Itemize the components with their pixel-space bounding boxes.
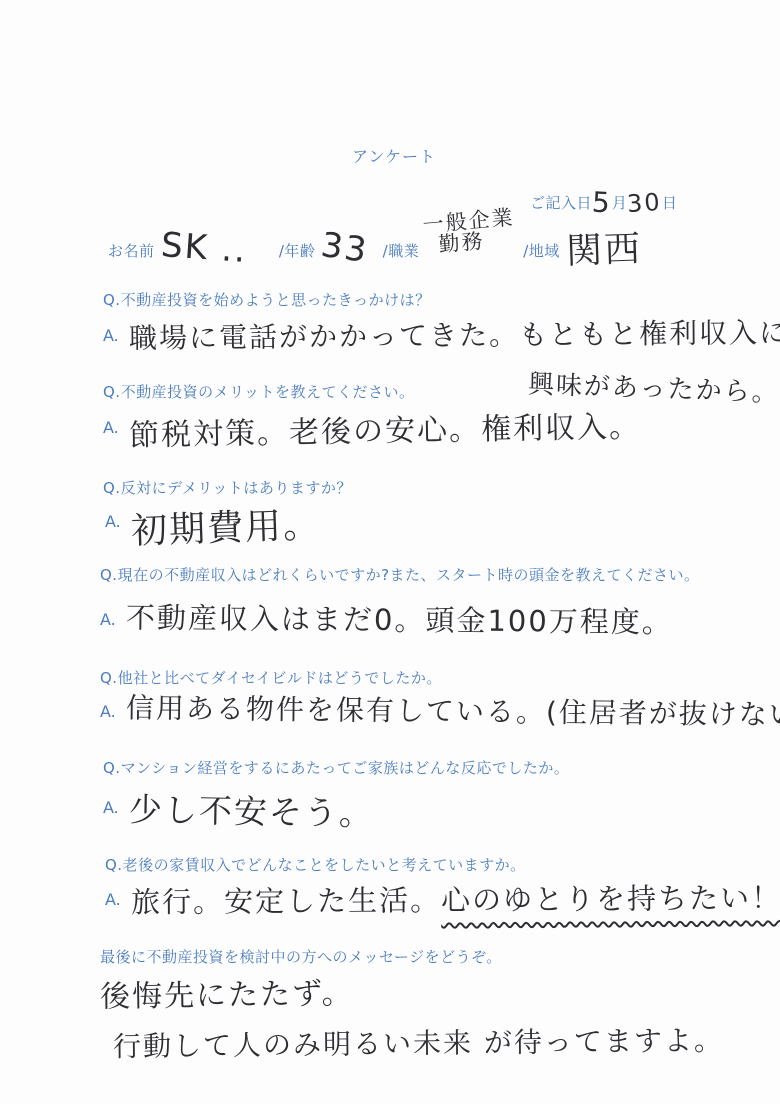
answer-2-text: 節税対策。老後の安心。権利収入。 <box>128 402 641 455</box>
profile-age-value: 33 <box>319 224 371 270</box>
profile-name-label: お名前 <box>108 234 155 261</box>
profile-age-label: /年齢 <box>279 234 316 261</box>
entry-date-day-suffix: 日 <box>662 192 678 213</box>
answer-5-label: A. <box>100 690 116 721</box>
answer-2-row: A. 節税対策。老後の安心。権利収入。 <box>103 406 641 450</box>
answer-7-text: 旅行。安定した生活。心のゆとりを持ちたい！ <box>131 876 780 922</box>
answer-3-row: A. 初期費用。 <box>105 500 321 551</box>
answer-4-text: 不動産収入はまだ0。頭金100万程度。 <box>126 596 673 642</box>
answer-7-row: A. 旅行。安定した生活。心のゆとりを持ちたい！ <box>105 878 780 919</box>
answer-6-label: A. <box>103 786 119 817</box>
answer-1-label: A. <box>103 314 119 345</box>
profile-region-label: /地域 <box>523 234 560 261</box>
answer-4-row: A. 不動産収入はまだ0。頭金100万程度。 <box>100 598 673 639</box>
closing-prompt: 最後に不動産投資を検討中の方へのメッセージをどうぞ。 <box>100 946 502 967</box>
profile-job-value-line2: 勤務 <box>424 228 517 257</box>
question-1: Q.不動産投資を始めようと思ったきっかけは？ <box>103 289 431 310</box>
entry-date-day-value: 30 <box>626 187 662 217</box>
answer-6-text: 少し不安そう。 <box>128 784 374 835</box>
question-2: Q.不動産投資のメリットを教えてください。 <box>103 381 414 402</box>
question-4: Q.現在の不動産収入はどれくらいですか?また、スタート時の頭金を教えてください。 <box>100 564 700 585</box>
question-5: Q.他社と比べてダイセイビルドはどうでしたか。 <box>100 667 442 688</box>
answer-2-label: A. <box>103 406 119 437</box>
question-6: Q.マンション経営をするにあたってご家族はどんな反応でしたか。 <box>103 757 569 778</box>
page-title: アンケート <box>352 144 436 167</box>
entry-date-month-value: 5 <box>591 186 613 220</box>
question-7: Q.老後の家賃収入でどんなことをしたいと考えていますか。 <box>105 854 526 875</box>
closing-message-line-1: 後悔先にたたず。 <box>100 968 354 1016</box>
profile-job-value: 一般企業 勤務 <box>422 207 517 257</box>
profile-region-value: 関西 <box>565 221 643 275</box>
answer-1-text: 職場に電話がかかってきた。もともと権利収入に <box>129 311 780 357</box>
answer-3-label: A. <box>105 500 121 531</box>
answer-3-text: 初期費用。 <box>130 497 322 555</box>
answer-5-row: A. 信用ある物件を保有している。(住居者が抜けない) <box>100 690 780 730</box>
profile-row: お名前 SK .. /年齢 33 /職業 一般企業 勤務 /地域 関西 <box>108 222 642 273</box>
entry-date-month-suffix: 月 <box>612 192 628 213</box>
answer-7-label: A. <box>105 878 121 909</box>
answer-4-label: A. <box>100 598 116 629</box>
entry-date-row: ご記入日 5 月 30 日 <box>530 186 677 219</box>
profile-name-value: SK .. <box>159 225 248 271</box>
answer-6-row: A. 少し不安そう。 <box>103 786 374 833</box>
scanned-survey-page: アンケート ご記入日 5 月 30 日 お名前 SK .. /年齢 33 /職業… <box>0 0 780 1104</box>
answer-1-row: A. 職場に電話がかかってきた。もともと権利収入に <box>103 314 780 354</box>
entry-date-label: ご記入日 <box>530 192 592 213</box>
answer-7-text-part1: 旅行。安定した生活。 <box>131 883 441 919</box>
answer-5-text: 信用ある物件を保有している。(住居者が抜けない) <box>126 686 780 733</box>
answer-7-text-part2-underlined: 心のゆとりを持ちたい！ <box>441 881 780 917</box>
question-3: Q.反対にデメリットはありますか？ <box>103 477 352 498</box>
closing-message-line-2: 行動して人のみ明るい未来 が待ってますよ。 <box>113 1019 724 1065</box>
profile-job-label: /職業 <box>383 234 420 261</box>
